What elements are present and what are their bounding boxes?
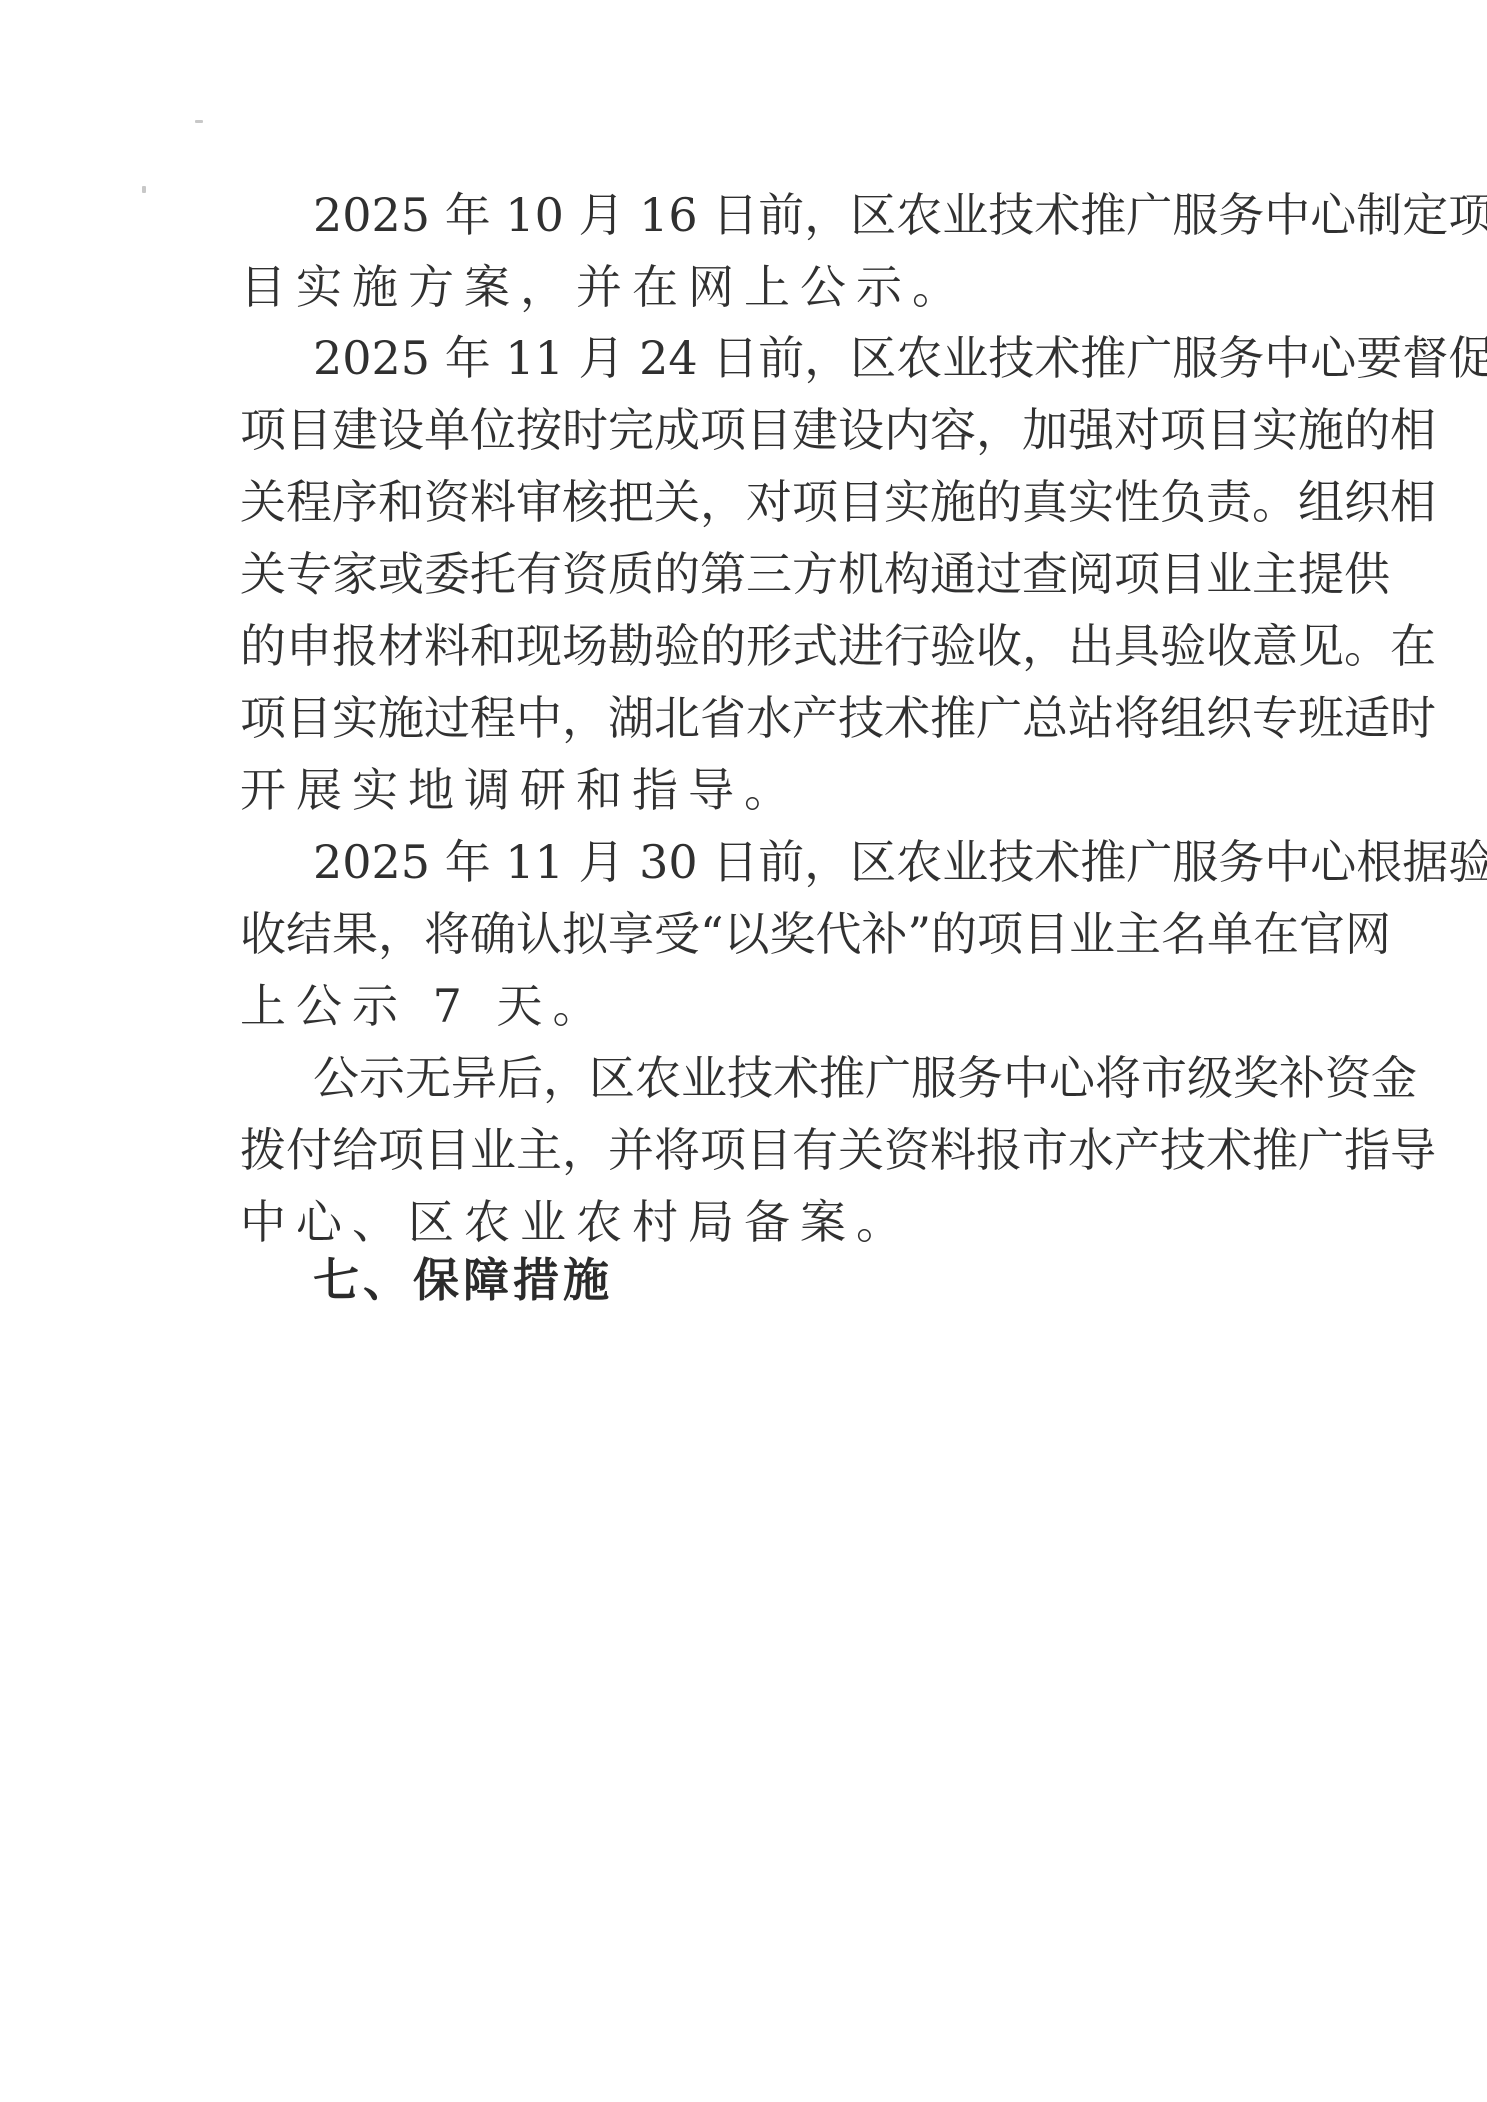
paragraph-4-line-1: 公示无异后，区农业技术推广服务中心将市级奖补资金: [313, 1050, 1263, 1106]
paragraph-3-line-2: 收结果，将确认拟享受“以奖代补”的项目业主名单在官网: [240, 906, 1262, 962]
document-page: 2025 年 10 月 16 日前，区农业技术推广服务中心制定项 目实施方案，并…: [0, 0, 1487, 2102]
paragraph-2-line-5: 的申报材料和现场勘验的形式进行验收，出具验收意见。在: [240, 618, 1262, 674]
paragraph-3-line-3: 上公示 7 天。: [240, 978, 1262, 1034]
scan-artifact-mark: [195, 120, 203, 123]
paragraph-2-line-1: 2025 年 11 月 24 日前，区农业技术推广服务中心要督促: [313, 330, 1263, 386]
paragraph-3-line-1: 2025 年 11 月 30 日前，区农业技术推广服务中心根据验: [313, 834, 1263, 890]
paragraph-2-line-2: 项目建设单位按时完成项目建设内容，加强对项目实施的相: [240, 402, 1262, 458]
paragraph-1-line-1: 2025 年 10 月 16 日前，区农业技术推广服务中心制定项: [313, 187, 1263, 243]
scan-artifact-mark: [142, 186, 146, 193]
paragraph-4-line-2: 拨付给项目业主，并将项目有关资料报市水产技术推广指导: [240, 1122, 1262, 1178]
paragraph-2-line-6: 项目实施过程中，湖北省水产技术推广总站将组织专班适时: [240, 690, 1262, 746]
paragraph-1-line-2: 目实施方案，并在网上公示。: [240, 259, 1262, 315]
paragraph-2-line-3: 关程序和资料审核把关，对项目实施的真实性负责。组织相: [240, 474, 1262, 530]
paragraph-2-line-4: 关专家或委托有资质的第三方机构通过查阅项目业主提供: [240, 546, 1262, 602]
paragraph-4-line-3: 中心、区农业农村局备案。: [240, 1194, 1262, 1250]
paragraph-2-line-7: 开展实地调研和指导。: [240, 762, 1262, 818]
